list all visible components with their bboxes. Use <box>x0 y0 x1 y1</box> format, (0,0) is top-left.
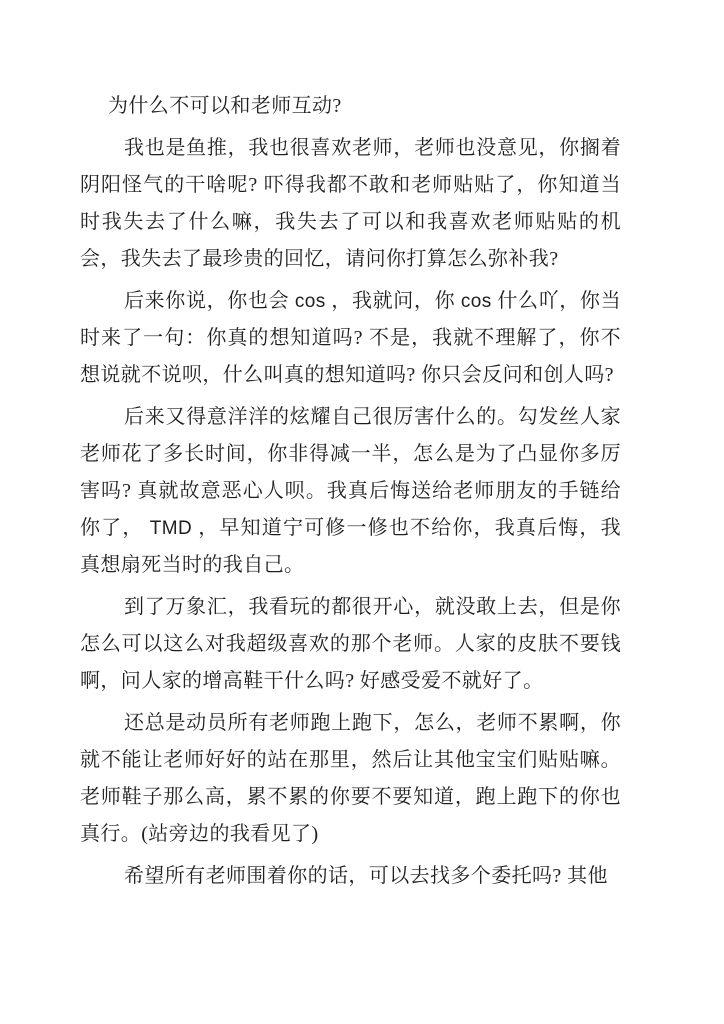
cjk-text-run: 还总是动员所有老师跑上跑下，怎么，老师不累啊，你就不能让老师好好的站在那里，然后… <box>80 712 621 845</box>
question-line: 为什么不可以和老师互动? <box>80 88 621 125</box>
cjk-text-run: ，我就问，你 <box>326 290 461 312</box>
cjk-text-run: 为什么不可以和老师互动? <box>108 95 342 117</box>
latin-text-run: cos <box>461 291 492 312</box>
cjk-text-run: 到了万象汇，我看玩的都很开心，就没敢上去，但是你怎么可以这么对我超级喜欢的那个老… <box>80 596 621 692</box>
paragraph: 后来又得意洋洋的炫耀自己很厉害什么的。勾发丝人家老师花了多长时间，你非得减一半，… <box>80 399 621 584</box>
paragraph: 还总是动员所有老师跑上跑下，怎么，老师不累啊，你就不能让老师好好的站在那里，然后… <box>80 705 621 853</box>
cjk-text-run: 我也是鱼推，我也很喜欢老师，老师也没意见，你搁着阴阳怪气的干啥呢? 吓得我都不敢… <box>80 137 621 270</box>
paragraph: 后来你说，你也会 cos ，我就问，你 cos 什么吖，你当时来了一句：你真的想… <box>80 283 621 394</box>
paragraph: 到了万象汇，我看玩的都很开心，就没敢上去，但是你怎么可以这么对我超级喜欢的那个老… <box>80 589 621 700</box>
latin-text-run: cos <box>295 291 326 312</box>
latin-text-run: TMD <box>150 518 192 539</box>
document-page: 为什么不可以和老师互动?我也是鱼推，我也很喜欢老师，老师也没意见，你搁着阴阳怪气… <box>0 0 724 1024</box>
cjk-text-run: 后来你说，你也会 <box>124 290 295 312</box>
cjk-text-run: 希望所有老师围着你的话，可以去找多个委托吗? 其他 <box>124 865 608 887</box>
paragraph: 希望所有老师围着你的话，可以去找多个委托吗? 其他 <box>80 858 621 895</box>
paragraph: 我也是鱼推，我也很喜欢老师，老师也没意见，你搁着阴阳怪气的干啥呢? 吓得我都不敢… <box>80 130 621 278</box>
text-column: 为什么不可以和老师互动?我也是鱼推，我也很喜欢老师，老师也没意见，你搁着阴阳怪气… <box>80 88 621 895</box>
